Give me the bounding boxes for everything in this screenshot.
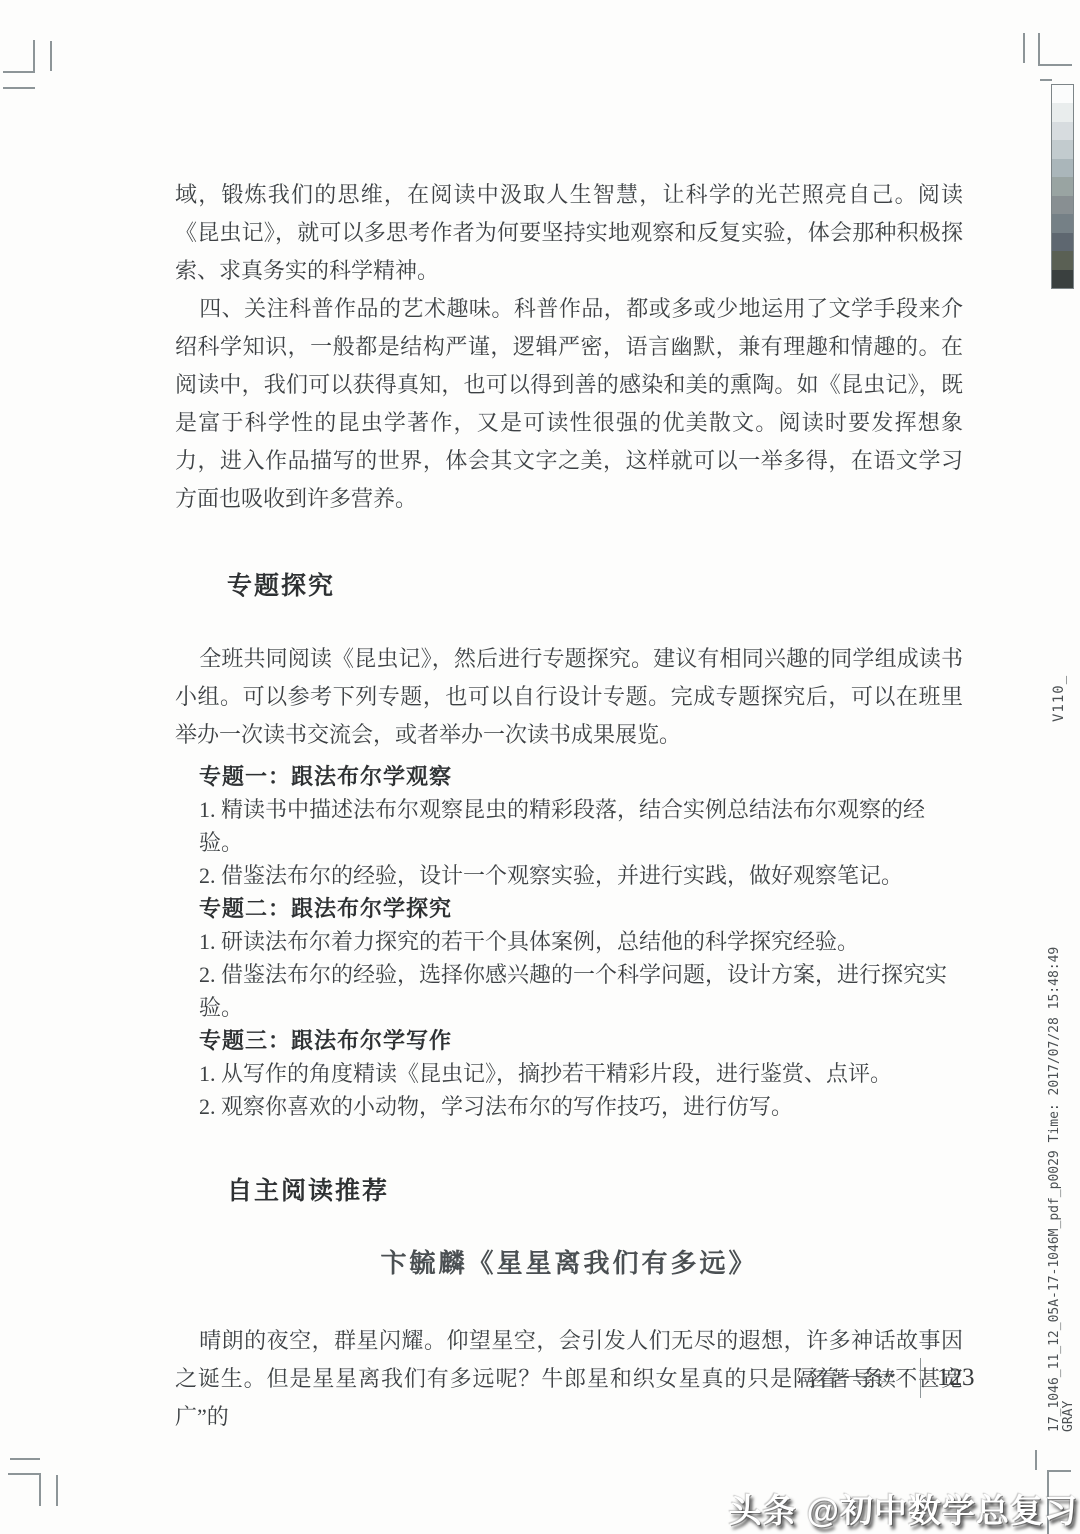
page-footer: 名著导读 123 [806, 1356, 975, 1400]
page-content: 域，锻炼我们的思维，在阅读中汲取人生智慧，让科学的光芒照亮自己。阅读《昆虫记》，… [175, 176, 963, 1436]
grayscale-calibration-strip [1051, 84, 1074, 289]
footer-section-label: 名著导读 [806, 1363, 898, 1393]
margin-print-info: 17_1046_11_12_05A-17-1046M_pdf_p0029 Tim… [1048, 947, 1076, 1432]
grayscale-step [1052, 122, 1073, 140]
grayscale-step [1052, 233, 1073, 251]
crop-mark [56, 1475, 58, 1506]
crop-mark [1038, 64, 1072, 66]
footer-page-number: 123 [937, 1364, 975, 1392]
grayscale-step [1052, 103, 1073, 121]
crop-mark [8, 1473, 41, 1475]
watermark-text: 头条 @初中数学总复习 [729, 1485, 1078, 1532]
crop-mark [1038, 33, 1040, 66]
topic-list: 专题一：跟法布尔学观察 1. 精读书中描述法布尔观察昆虫的精彩段落，结合实例总结… [175, 760, 963, 1123]
footer-divider [920, 1358, 921, 1398]
topic-item: 2. 借鉴法布尔的经验，选择你感兴趣的一个科学问题，设计方案，进行探究实验。 [199, 958, 963, 1024]
section-heading-explore: 专题探究 [227, 566, 963, 602]
grayscale-step [1052, 159, 1073, 177]
crop-mark [1035, 1450, 1037, 1470]
grayscale-step [1052, 85, 1073, 103]
print-info-line: 17_1046_11_12_05A-17-1046M_pdf_p0029 Tim… [1048, 947, 1062, 1432]
print-gray-label: GRAY [1062, 947, 1076, 1432]
grayscale-step [1052, 214, 1073, 232]
paragraph-continuation: 域，锻炼我们的思维，在阅读中汲取人生智慧，让科学的光芒照亮自己。阅读《昆虫记》，… [175, 176, 963, 290]
crop-mark [39, 1473, 41, 1506]
grayscale-step [1052, 251, 1073, 269]
topic-item: 1. 精读书中描述法布尔观察昆虫的精彩段落，结合实例总结法布尔观察的经验。 [199, 793, 963, 859]
explore-intro: 全班共同阅读《昆虫记》，然后进行专题探究。建议有相同兴趣的同学组成读书小组。可以… [175, 640, 963, 754]
grayscale-step [1052, 177, 1073, 195]
topic-item: 2. 观察你喜欢的小动物，学习法布尔的写作技巧，进行仿写。 [199, 1090, 963, 1123]
margin-version-code: V110_ [1051, 675, 1067, 722]
crop-mark [10, 1458, 40, 1460]
section-heading-recommend: 自主阅读推荐 [227, 1171, 963, 1207]
topic-title: 专题三：跟法布尔学写作 [199, 1024, 963, 1057]
crop-mark [1023, 33, 1025, 63]
paragraph-four: 四、关注科普作品的艺术趣味。科普作品，都或多或少地运用了文学手段来介绍科学知识，… [175, 290, 963, 518]
grayscale-step [1052, 140, 1073, 158]
crop-mark [50, 41, 52, 71]
crop-mark [1040, 79, 1052, 81]
crop-mark [1047, 1470, 1071, 1472]
topic-item: 1. 从写作的角度精读《昆虫记》，摘抄若干精彩片段，进行鉴赏、点评。 [199, 1057, 963, 1090]
topic-item: 2. 借鉴法布尔的经验，设计一个观察实验，并进行实践，做好观察笔记。 [199, 859, 963, 892]
crop-mark [3, 87, 35, 89]
topic-title: 专题一：跟法布尔学观察 [199, 760, 963, 793]
grayscale-step [1052, 196, 1073, 214]
crop-mark [33, 40, 35, 73]
scanned-textbook-page: V110_ 17_1046_11_12_05A-17-1046M_pdf_p00… [0, 0, 1080, 1534]
topic-title: 专题二：跟法布尔学探究 [199, 892, 963, 925]
recommended-book-title: 卞毓麟《星星离我们有多远》 [175, 1243, 963, 1280]
grayscale-step [1052, 270, 1073, 288]
crop-mark [3, 71, 35, 73]
topic-item: 1. 研读法布尔着力探究的若干个具体案例，总结他的科学探究经验。 [199, 925, 963, 958]
